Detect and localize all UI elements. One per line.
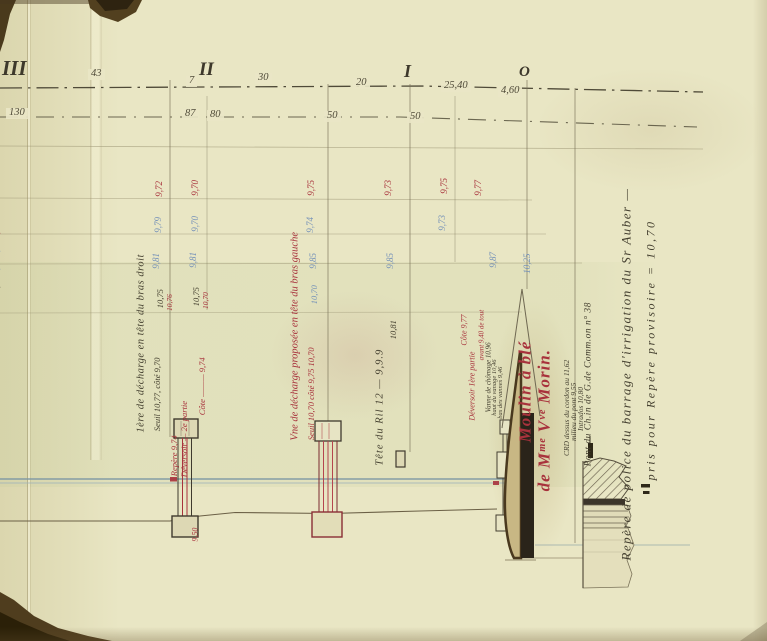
scanned-engineering-drawing: { "inks": {"black": "#45403|0", "red": "… xyxy=(0,0,767,641)
ril-gauge-mark xyxy=(396,451,405,467)
cordon-mark xyxy=(588,443,593,458)
datum-lines xyxy=(0,86,703,313)
bridge-pier xyxy=(583,436,634,588)
discharge-weir-1 xyxy=(170,419,198,537)
benchmark-symbol xyxy=(641,484,650,494)
drawing-linework xyxy=(0,0,767,641)
